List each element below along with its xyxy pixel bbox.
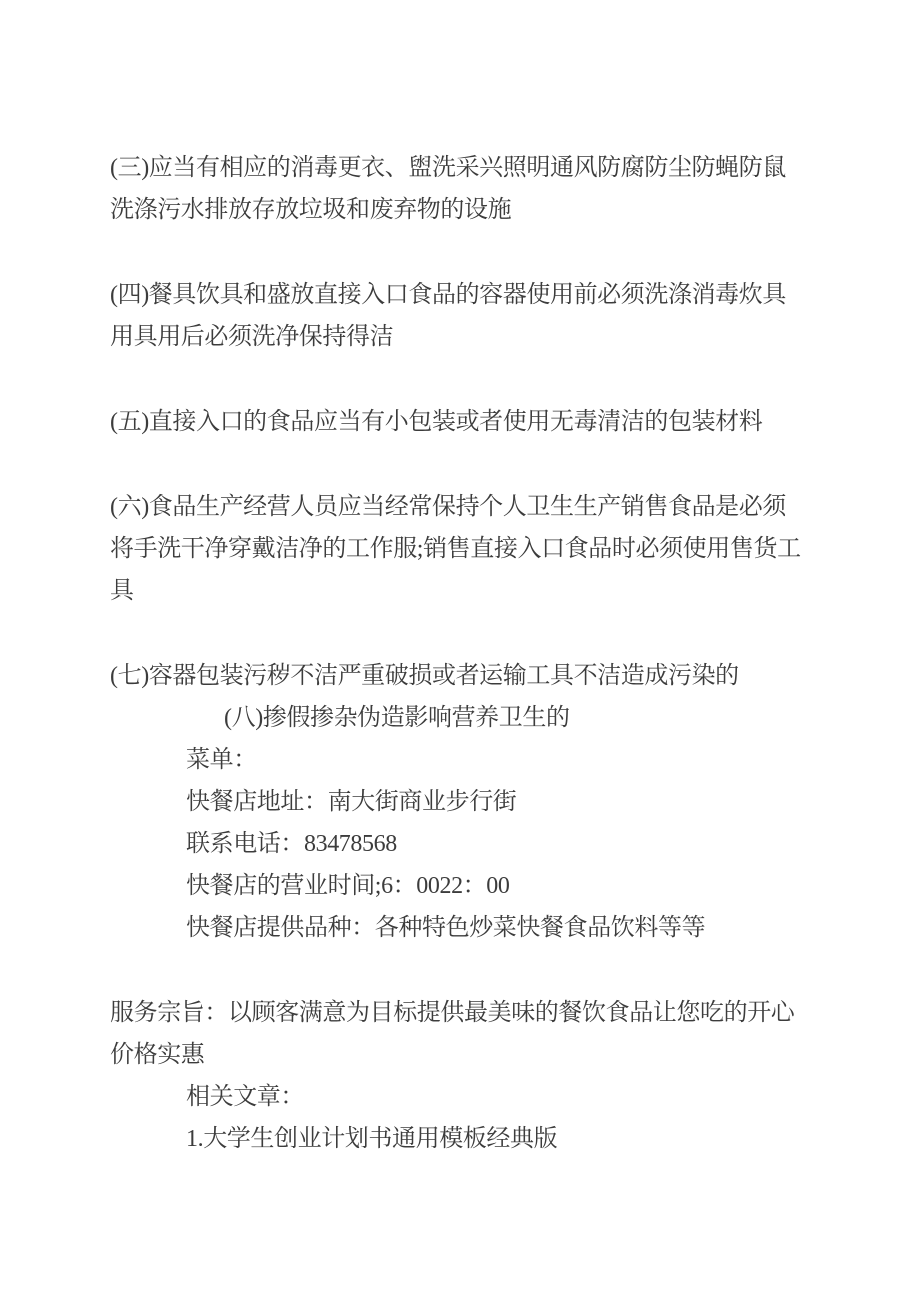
business-hours-line: 快餐店的营业时间;6：0022：00 — [186, 865, 920, 907]
related-article-item-1: 1.大学生创业计划书通用模板经典版 — [186, 1118, 920, 1160]
regulation-item-6-line-2: 将手洗干净穿戴洁净的工作服;销售直接入口食品时必须使用售货工 — [110, 528, 920, 570]
regulation-item-8-line: (八)掺假掺杂伪造影响营养卫生的 — [224, 697, 920, 739]
document-body: (三)应当有相应的消毒更衣、盥洗采兴照明通风防腐防尘防蝇防鼠 洗涤污水排放存放垃… — [0, 0, 920, 1160]
document-page: (三)应当有相应的消毒更衣、盥洗采兴照明通风防腐防尘防蝇防鼠 洗涤污水排放存放垃… — [0, 0, 920, 1302]
regulation-item-7-line: (七)容器包装污秽不洁严重破损或者运输工具不洁造成污染的 — [110, 655, 920, 697]
regulation-item-3-line-1: (三)应当有相应的消毒更衣、盥洗采兴照明通风防腐防尘防蝇防鼠 — [110, 147, 920, 189]
menu-heading: 菜单： — [186, 739, 920, 781]
restaurant-address-line: 快餐店地址：南大街商业步行街 — [186, 781, 920, 823]
regulation-item-4-line-2: 用具用后必须洗净保持得洁 — [110, 316, 920, 358]
service-motto-line-1: 服务宗旨：以顾客满意为目标提供最美味的餐饮食品让您吃的开心 — [110, 992, 920, 1034]
regulation-item-6-line-3: 具 — [110, 570, 920, 612]
regulation-item-5-line: (五)直接入口的食品应当有小包装或者使用无毒清洁的包装材料 — [110, 401, 920, 443]
regulation-item-4-line-1: (四)餐具饮具和盛放直接入口食品的容器使用前必须洗涤消毒炊具 — [110, 274, 920, 316]
regulation-item-3-line-2: 洗涤污水排放存放垃圾和废弃物的设施 — [110, 189, 920, 231]
service-motto-line-2: 价格实惠 — [110, 1034, 920, 1076]
regulation-item-6-line-1: (六)食品生产经营人员应当经常保持个人卫生生产销售食品是必须 — [110, 486, 920, 528]
offerings-line: 快餐店提供品种：各种特色炒菜快餐食品饮料等等 — [186, 907, 920, 949]
contact-phone-line: 联系电话：83478568 — [186, 823, 920, 865]
related-articles-heading: 相关文章： — [186, 1076, 920, 1118]
